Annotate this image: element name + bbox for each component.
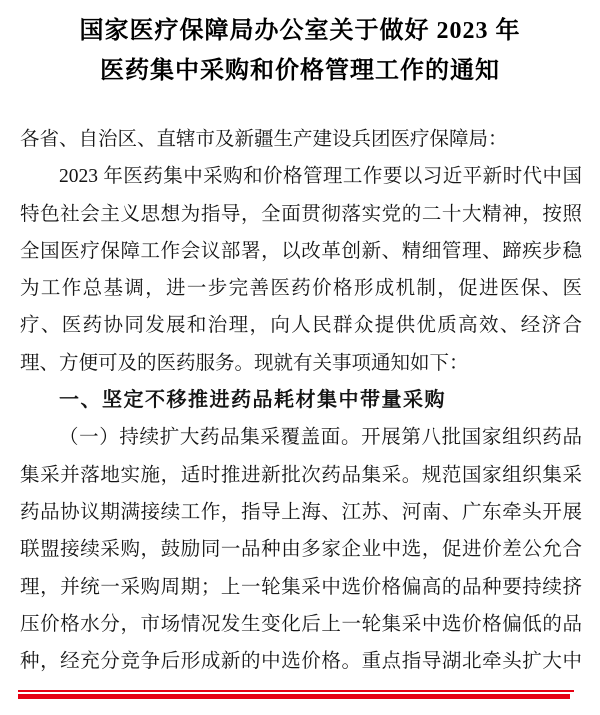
paragraph-line: 联盟接续采购，鼓励同一品种由多家企业中选，促进价差公允合: [20, 531, 582, 568]
document-title-line-1: 国家医疗保障局办公室关于做好 2023 年: [0, 11, 600, 51]
paragraph-line: 种，经充分竞争后形成新的中选价格。重点指导湖北牵头扩大中: [20, 643, 582, 680]
paragraph-line: 压价格水分，市场情况发生变化后上一轮集采中选价格偏低的品: [20, 606, 582, 643]
paragraph-line: 为工作总基调，进一步完善医药价格形成机制，促进医保、医: [20, 270, 582, 307]
paragraph-line: （一）持续扩大药品集采覆盖面。开展第八批国家组织药品: [20, 419, 582, 456]
red-divider-thin-line: [18, 690, 574, 692]
paragraph-line: 药品协议期满接续工作，指导上海、江苏、河南、广东牵头开展: [20, 494, 582, 531]
paragraph-line: 特色社会主义思想为指导，全面贯彻落实党的二十大精神，按照: [20, 196, 582, 233]
subsection-lead: （一）持续扩大药品集采覆盖面。: [59, 427, 361, 448]
paragraph-line: 集采并落地实施，适时推进新批次药品集采。规范国家组织集采: [20, 457, 582, 494]
document-page: 国家医疗保障局办公室关于做好 2023 年 医药集中采购和价格管理工作的通知 各…: [0, 0, 600, 715]
salutation-line: 各省、自治区、直辖市及新疆生产建设兵团医疗保障局：: [20, 121, 582, 158]
red-divider-thick-line: [18, 694, 570, 699]
section-heading: 一、坚定不移推进药品耗材集中带量采购: [20, 382, 582, 419]
document-title-line-2: 医药集中采购和价格管理工作的通知: [0, 51, 600, 91]
subsection-lead-rest: 开展第八批国家组织药品: [361, 427, 582, 448]
paragraph-line: 2023 年医药集中采购和价格管理工作要以习近平新时代中国: [20, 158, 582, 195]
paragraph-line: 理、方便可及的医药服务。现就有关事项通知如下：: [20, 345, 582, 382]
paragraph-line: 理，并统一采购周期；上一轮集采中选价格偏高的品种要持续挤: [20, 569, 582, 606]
document-title: 国家医疗保障局办公室关于做好 2023 年 医药集中采购和价格管理工作的通知: [0, 11, 600, 91]
paragraph-line: 全国医疗保障工作会议部署，以改革创新、精细管理、蹄疾步稳: [20, 233, 582, 270]
paragraph-line: 疗、医药协同发展和治理，向人民群众提供优质高效、经济合: [20, 307, 582, 344]
document-body: 各省、自治区、直辖市及新疆生产建设兵团医疗保障局： 2023 年医药集中采购和价…: [20, 121, 582, 680]
